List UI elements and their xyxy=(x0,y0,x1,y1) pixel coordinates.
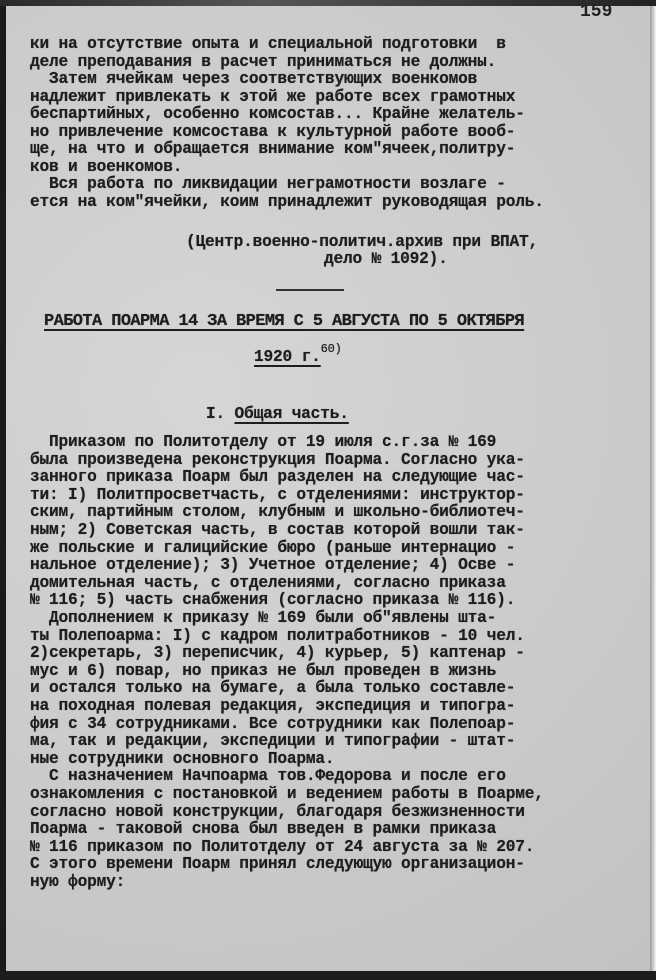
top-paragraph-line: ки на отсутствие опыта и специальной под… xyxy=(30,36,506,53)
top-paragraph-line: но привлечение комсостава к культурной р… xyxy=(30,124,515,141)
body-line: Поарма - таковой снова был введен в рамк… xyxy=(30,821,496,838)
document-page: 159 ки на отсутствие опыта и специальной… xyxy=(6,6,650,971)
top-paragraph-line: беспартийных, особенно комсостав... Край… xyxy=(30,106,525,123)
body-line: С назначением Начпоарма тов.Федорова и п… xyxy=(30,768,506,785)
body-line: ти: I) Политпросветчасть, с отделениями:… xyxy=(30,487,525,504)
body-line: Дополнением к приказу № 169 были об"явле… xyxy=(30,610,496,627)
body-line: 2)секретарь, 3) переписчик, 4) курьер, 5… xyxy=(30,645,525,662)
top-paragraph-line: Затем ячейкам через соответствующих воен… xyxy=(30,71,477,88)
body-line: Приказом по Политотделу от 19 июля с.г.з… xyxy=(30,434,496,451)
page-edge-bottom xyxy=(0,971,656,980)
body-line: ным; 2) Советская часть, в состав которо… xyxy=(30,522,525,539)
separator-rule xyxy=(276,289,344,291)
section-heading: I. Общая часть. xyxy=(206,406,349,423)
top-paragraph-line: Вся работа по ликвидации неграмотности в… xyxy=(30,176,506,193)
source-reference-line1: (Центр.военно-политич.архив при ВПАТ, xyxy=(186,234,538,251)
top-paragraph-line: ще, на что и обращается внимание ком"яче… xyxy=(30,141,515,158)
body-line: ознакомления с постановкой и ведением ра… xyxy=(30,786,544,803)
top-paragraph-line: ется на ком"ячейки, коим принадлежит рук… xyxy=(30,194,544,211)
body-line: ским, партийным столом, клубным и школьн… xyxy=(30,504,525,521)
top-paragraph-line: надлежит привлекать к этой же работе все… xyxy=(30,89,515,106)
body-line: ма, так и редакции, экспедиции и типогра… xyxy=(30,733,515,750)
section-title: Общая часть. xyxy=(235,405,349,423)
footnote-mark: 60) xyxy=(321,341,342,358)
body-line: на походная полевая редакция, экспедиция… xyxy=(30,698,515,715)
page-edge xyxy=(650,6,656,971)
body-line: ную форму: xyxy=(30,874,125,891)
body-line: № 116; 5) часть снабжения (согласно прик… xyxy=(30,592,515,609)
body-line: мус и 6) повар, но приказ не был проведе… xyxy=(30,663,496,680)
body-line: С этого времени Поарм принял следующую о… xyxy=(30,856,525,873)
top-paragraph-line: деле преподавания в расчет приниматься н… xyxy=(30,54,496,71)
body-line: была произведена реконструкция Поарма. С… xyxy=(30,452,525,469)
body-line: и остался только на бумаге, а была тольк… xyxy=(30,680,515,697)
body-line: ные сотрудники основного Поарма. xyxy=(30,751,334,768)
body-line: нальное отделение); 3) Учетное отделение… xyxy=(30,557,515,574)
document-title: РАБОТА ПОАРМА 14 ЗА ВРЕМЯ С 5 АВГУСТА ПО… xyxy=(44,313,524,330)
document-title-year: 1920 г.60) xyxy=(254,349,342,367)
body-line: занного приказа Поарм был разделен на сл… xyxy=(30,469,525,486)
body-line: домительная часть, с отделениями, соглас… xyxy=(30,575,506,592)
page-number: 159 xyxy=(580,2,612,22)
body-line: № 116 приказом по Политотделу от 24 авгу… xyxy=(30,839,534,856)
body-line: же польские и галицийские бюро (раньше и… xyxy=(30,540,515,557)
body-line: согласно новой конструкции, благодаря бе… xyxy=(30,804,525,821)
body-line: ты Полепоарма: I) с кадром политработник… xyxy=(30,628,525,645)
title-year: 1920 г. xyxy=(254,348,321,366)
source-reference-line2: дело № 1092). xyxy=(324,251,448,268)
body-line: фия с 34 сотрудниками. Все сотрудники ка… xyxy=(30,716,515,733)
section-number: I. xyxy=(206,405,225,423)
top-paragraph-line: ков и военкомов. xyxy=(30,159,182,176)
